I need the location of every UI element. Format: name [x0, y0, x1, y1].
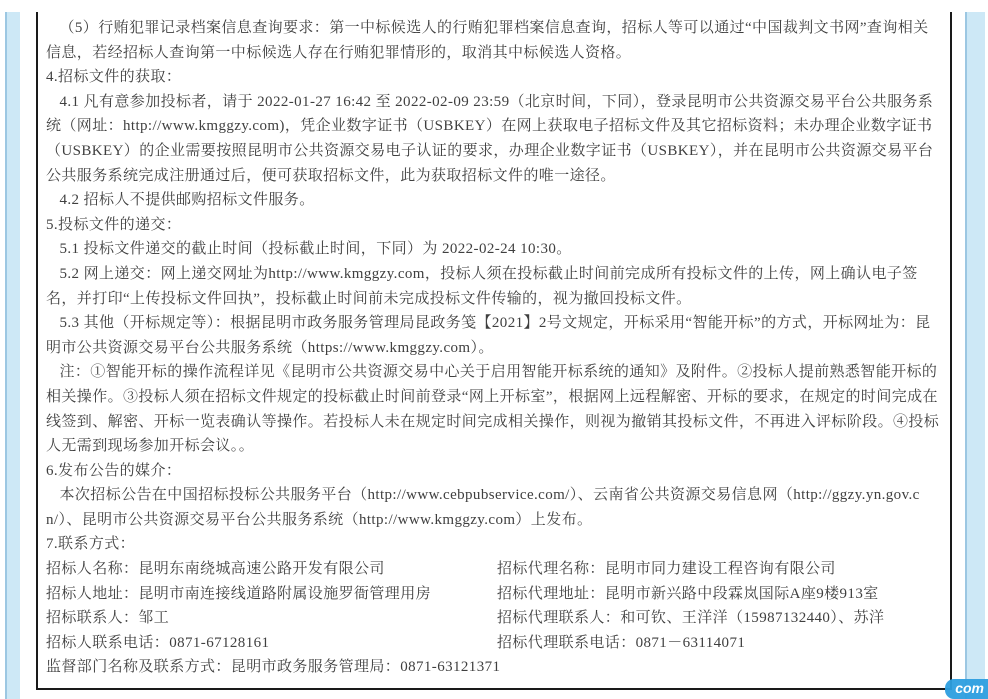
clause-4-2-no-mail-order: 4.2 招标人不提供邮购招标文件服务。: [46, 188, 940, 213]
heading-contact-info: 7.联系方式：: [46, 532, 940, 557]
contact-row-persons: 招标联系人：邹工 招标代理联系人：和可钦、王洋洋（15987132440）、苏洋: [46, 606, 940, 631]
clause-media-list: 本次招标公告在中国招标投标公共服务平台（http://www.cebpubser…: [46, 483, 940, 532]
clause-5-2-online-submission: 5.2 网上递交：网上递交网址为http://www.kmggzy.com，投标…: [46, 262, 940, 311]
contact-row-names: 招标人名称：昆明东南绕城高速公路开发有限公司 招标代理名称：昆明市同力建设工程咨…: [46, 557, 940, 582]
agency-address: 招标代理地址：昆明市新兴路中段霖岚国际A座9楼913室: [497, 582, 940, 607]
agency-phone: 招标代理联系电话：0871－63114071: [497, 631, 940, 656]
tenderer-address: 招标人地址：昆明市南连接线道路附属设施罗衙管理用房: [46, 582, 497, 607]
heading-bid-submission: 5.投标文件的递交：: [46, 213, 940, 238]
contact-row-phones: 招标人联系电话：0871-67128161 招标代理联系电话：0871－6311…: [46, 631, 940, 656]
left-edge-stripe: [5, 12, 20, 699]
site-watermark-fragment: com: [945, 679, 988, 699]
supervisor-contact: 监督部门名称及联系方式：昆明市政务服务管理局：0871-63121371: [46, 655, 940, 680]
agency-contact-person: 招标代理联系人：和可钦、王洋洋（15987132440）、苏洋: [497, 606, 940, 631]
right-edge-stripe: [965, 12, 985, 699]
note-smart-bid-opening: 注：①智能开标的操作流程详见《昆明市公共资源交易中心关于启用智能开标系统的通知》…: [46, 360, 940, 458]
clause-4-1-obtain-period: 4.1 凡有意参加投标者，请于 2022-01-27 16:42 至 2022-…: [46, 90, 940, 188]
heading-announcement-media: 6.发布公告的媒介：: [46, 459, 940, 484]
tenderer-name: 招标人名称：昆明东南绕城高速公路开发有限公司: [46, 557, 497, 582]
clause-5-3-opening-rules: 5.3 其他（开标规定等）：根据昆明市政务服务管理局昆政务笺【2021】2号文规…: [46, 311, 940, 360]
clause-bribery-record-query: （5）行贿犯罪记录档案信息查询要求：第一中标候选人的行贿犯罪档案信息查询，招标人…: [46, 16, 940, 65]
tender-announcement-body: （5）行贿犯罪记录档案信息查询要求：第一中标候选人的行贿犯罪档案信息查询，招标人…: [36, 12, 952, 690]
clause-5-1-deadline: 5.1 投标文件递交的截止时间（投标截止时间，下同）为 2022-02-24 1…: [46, 237, 940, 262]
contact-row-addresses: 招标人地址：昆明市南连接线道路附属设施罗衙管理用房 招标代理地址：昆明市新兴路中…: [46, 582, 940, 607]
agency-name: 招标代理名称：昆明市同力建设工程咨询有限公司: [497, 557, 940, 582]
tenderer-phone: 招标人联系电话：0871-67128161: [46, 631, 497, 656]
heading-obtain-bid-documents: 4.招标文件的获取：: [46, 65, 940, 90]
tenderer-contact-person: 招标联系人：邹工: [46, 606, 497, 631]
